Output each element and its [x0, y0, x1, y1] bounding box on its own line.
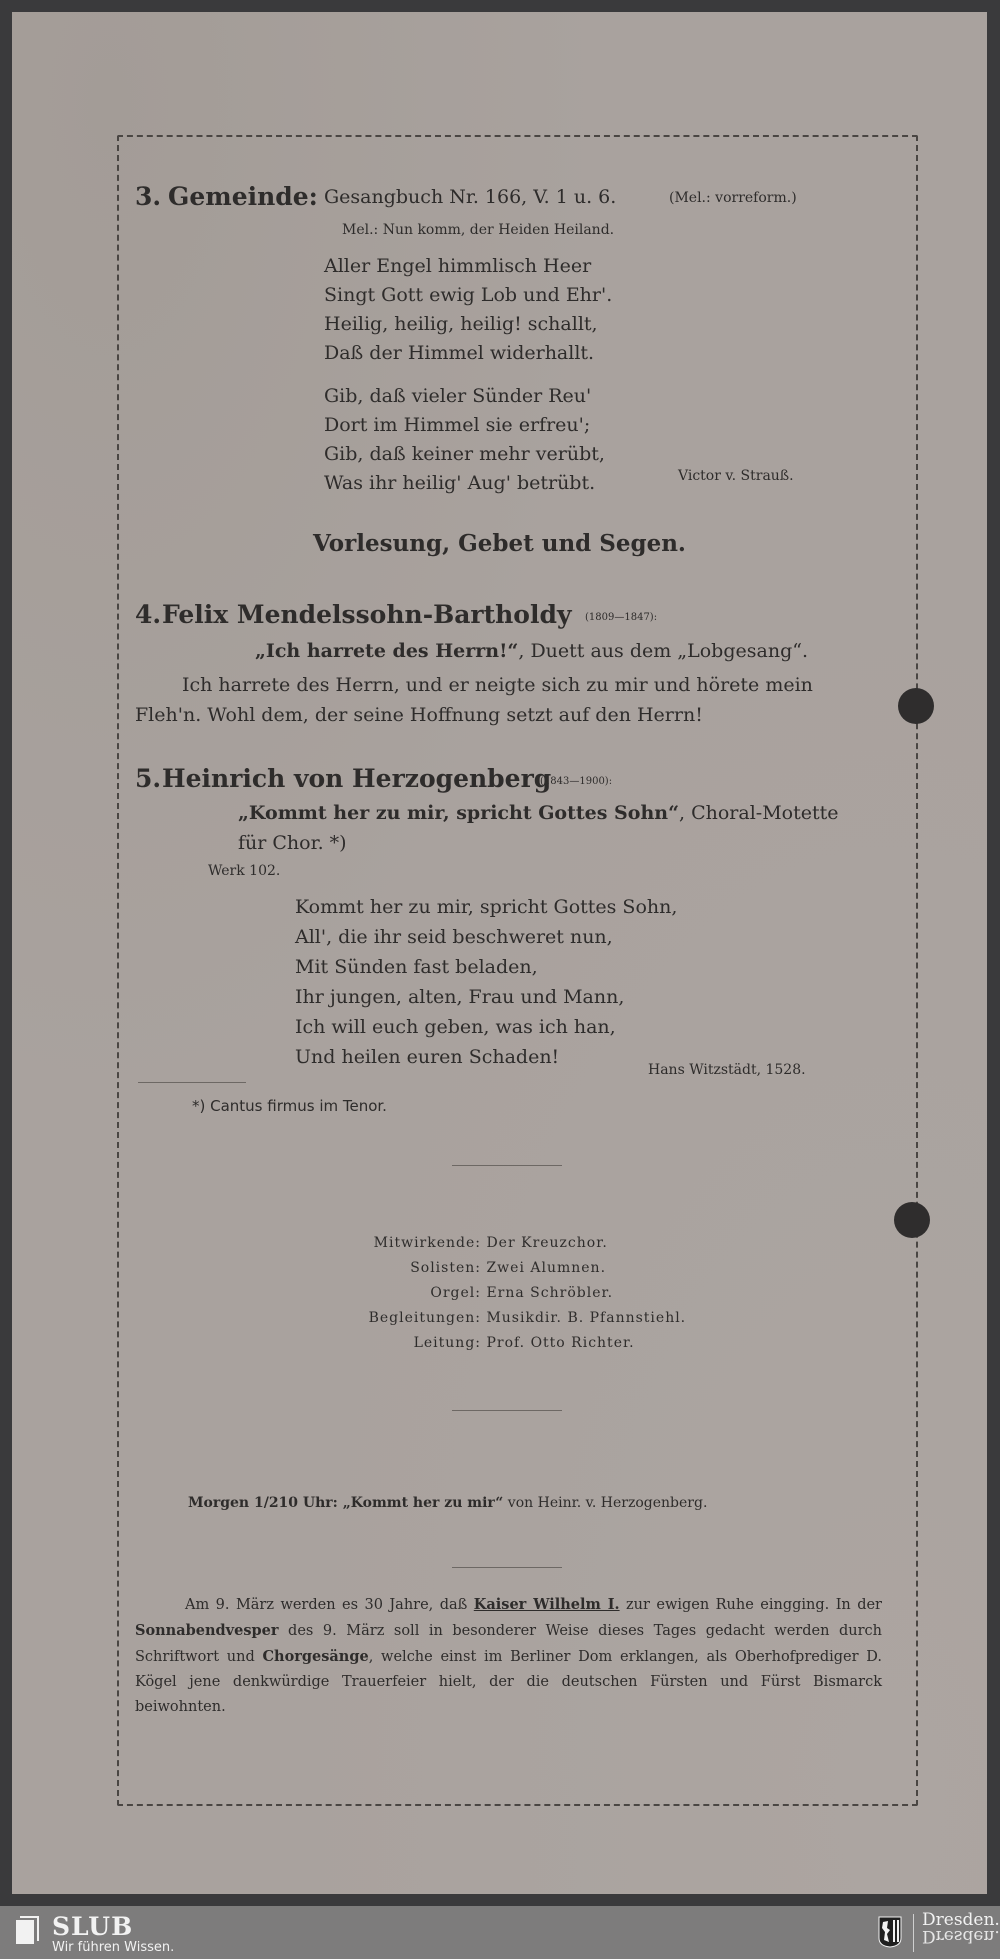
performer-row: Leitung: Prof. Otto Richter.: [296, 1331, 656, 1356]
item-number: 5.: [135, 764, 161, 793]
performer-name: Erna Schröbler.: [486, 1285, 613, 1301]
slub-tagline: Wir führen Wissen.: [52, 1940, 174, 1955]
work-title: „Ich harrete des Herrn!“: [255, 640, 518, 662]
announcement: Morgen 1/210 Uhr: „Kommt her zu mir“ von…: [188, 1495, 707, 1511]
verse-line: Aller Engel himmlisch Heer: [324, 252, 612, 281]
punch-hole: [898, 688, 934, 724]
verse-line: Mit Sünden fast beladen,: [295, 952, 677, 982]
footer-separator: [913, 1914, 914, 1952]
composer-name: Heinrich von Herzogenberg: [162, 764, 551, 793]
work-description: , Duett aus dem „Lobgesang“.: [518, 640, 808, 662]
document-page: 3. Gemeinde: Gesangbuch Nr. 166, V. 1 u.…: [12, 12, 987, 1894]
hymnal-reference: Gesangbuch Nr. 166, V. 1 u. 6.: [324, 186, 616, 208]
composer-name: Felix Mendelssohn-Bartholdy: [162, 600, 572, 629]
notice-emphasis: Sonnabendvesper: [135, 1622, 279, 1639]
verse-line: Gib, daß vieler Sünder Reu': [324, 382, 605, 411]
work-description: , Choral-Motette: [679, 802, 839, 824]
text-line: Ich harrete des Herrn, und er neigte sic…: [182, 674, 813, 696]
verse-line: Ich will euch geben, was ich han,: [295, 1012, 677, 1042]
performer-name: Prof. Otto Richter.: [486, 1335, 634, 1351]
hymn-author: Victor v. Strauß.: [678, 468, 794, 484]
hymn-verse-2: Gib, daß vieler Sünder Reu' Dort im Himm…: [324, 382, 605, 498]
work-description-cont: für Chor. *): [238, 832, 347, 854]
verse-line: Heilig, heilig, heilig! schallt,: [324, 310, 612, 339]
dresden-crest-icon: [878, 1916, 902, 1948]
announcement-composer: von Heinr. v. Herzogenberg.: [503, 1495, 707, 1511]
motet-verse: Kommt her zu mir, spricht Gottes Sohn, A…: [295, 892, 677, 1072]
performer-name: Musikdir. B. Pfannstiehl.: [486, 1310, 686, 1326]
hymn-verse-1: Aller Engel himmlisch Heer Singt Gott ew…: [324, 252, 612, 368]
verse-line: Daß der Himmel widerhallt.: [324, 339, 612, 368]
interlude-heading: Vorlesung, Gebet und Segen.: [12, 530, 987, 557]
composer-dates: (1809—1847):: [585, 612, 657, 623]
notice-emphasis: Kaiser Wilhelm I.: [474, 1596, 620, 1613]
section-divider: [452, 1410, 562, 1411]
slub-book-icon: [14, 1916, 42, 1946]
work-line: „Kommt her zu mir, spricht Gottes Sohn“,…: [238, 802, 839, 824]
item-number: 3.: [135, 182, 161, 211]
performers-list: Mitwirkende: Der Kreuzchor. Solisten: Zw…: [296, 1231, 656, 1356]
text-line: Fleh'n. Wohl dem, der seine Hoffnung set…: [135, 704, 703, 726]
section-divider: [452, 1567, 562, 1568]
performer-row: Begleitungen: Musikdir. B. Pfannstiehl.: [296, 1306, 656, 1331]
slub-brand[interactable]: SLUB: [52, 1912, 133, 1941]
work-title: „Kommt her zu mir, spricht Gottes Sohn“: [238, 802, 679, 824]
notice-text: zur ewigen Ruhe eingging. In der: [620, 1597, 882, 1613]
verse-author: Hans Witzstädt, 1528.: [648, 1062, 806, 1078]
performer-row: Mitwirkende: Der Kreuzchor.: [296, 1231, 656, 1256]
performer-name: Der Kreuzchor.: [486, 1235, 607, 1251]
dresden-brand[interactable]: Dresden. Dresden.: [922, 1912, 1000, 1944]
verse-line: Ihr jungen, alten, Frau und Mann,: [295, 982, 677, 1012]
dresden-wordmark-mirror: Dresden.: [922, 1928, 1000, 1944]
verse-line: Kommt her zu mir, spricht Gottes Sohn,: [295, 892, 677, 922]
composer-dates: (1843—1900):: [540, 776, 612, 787]
commemoration-notice: Am 9. März werden es 30 Jahre, daß Kaise…: [135, 1592, 882, 1720]
performer-role: Orgel:: [296, 1281, 481, 1306]
melody-line: Mel.: Nun komm, der Heiden Heiland.: [342, 222, 614, 238]
verse-line: Gib, daß keiner mehr verübt,: [324, 440, 605, 469]
punch-hole: [894, 1202, 930, 1238]
performer-role: Begleitungen:: [296, 1306, 481, 1331]
notice-text: Am 9. März werden es 30 Jahre, daß: [185, 1597, 474, 1613]
performer-role: Leitung:: [296, 1331, 481, 1356]
item-title: Gemeinde:: [168, 182, 318, 211]
performer-row: Orgel: Erna Schröbler.: [296, 1281, 656, 1306]
viewer-footer-bar: SLUB Wir führen Wissen. Dresden. Dresden…: [0, 1906, 1000, 1959]
performer-name: Zwei Alumnen.: [486, 1260, 606, 1276]
performer-row: Solisten: Zwei Alumnen.: [296, 1256, 656, 1281]
performer-role: Solisten:: [296, 1256, 481, 1281]
performer-role: Mitwirkende:: [296, 1231, 481, 1256]
footnote-rule: [138, 1082, 246, 1083]
verse-line: All', die ihr seid beschweret nun,: [295, 922, 677, 952]
verse-line: Was ihr heilig' Aug' betrübt.: [324, 469, 605, 498]
footnote: *) Cantus firmus im Tenor.: [192, 1097, 387, 1115]
section-divider: [452, 1165, 562, 1166]
melody-note: (Mel.: vorreform.): [669, 190, 797, 206]
item-number: 4.: [135, 600, 161, 629]
notice-emphasis: Chorgesänge: [262, 1648, 368, 1665]
verse-line: Singt Gott ewig Lob und Ehr'.: [324, 281, 612, 310]
work-line: „Ich harrete des Herrn!“, Duett aus dem …: [255, 640, 808, 662]
announcement-title: Morgen 1/210 Uhr: „Kommt her zu mir“: [188, 1495, 503, 1511]
verse-line: Und heilen euren Schaden!: [295, 1042, 677, 1072]
opus-number: Werk 102.: [208, 863, 280, 879]
verse-line: Dort im Himmel sie erfreu';: [324, 411, 605, 440]
